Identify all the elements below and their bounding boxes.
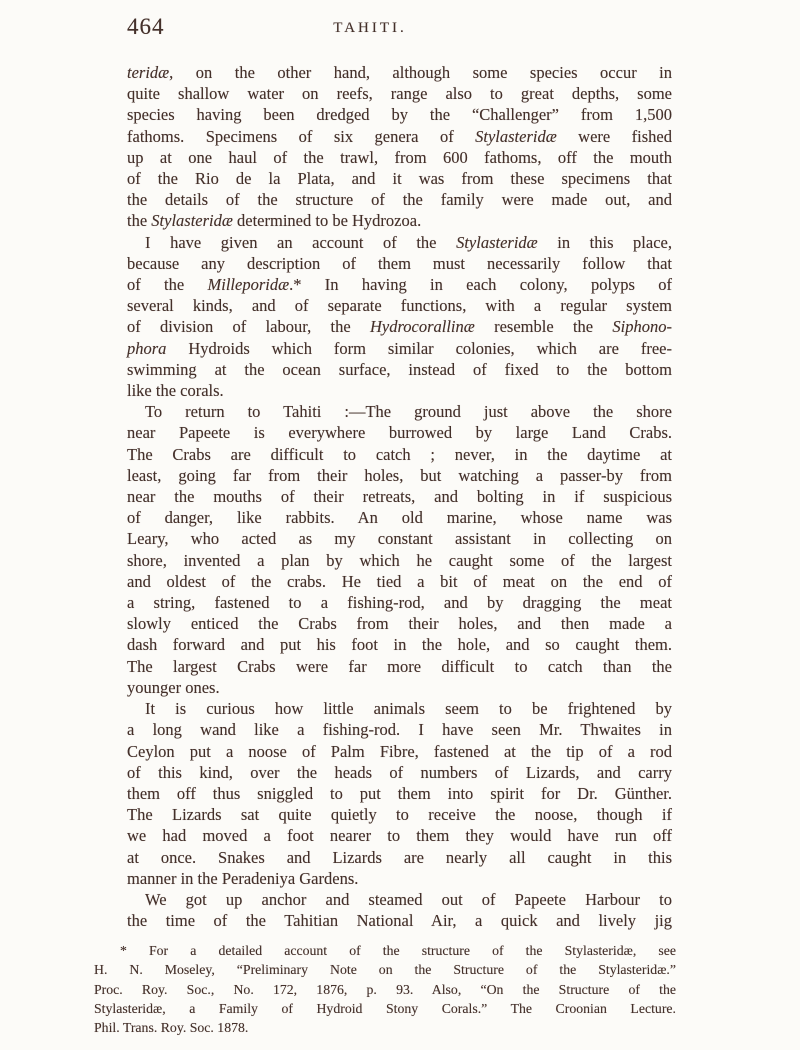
text-line: of this kind, over the heads of numbers … (127, 762, 672, 783)
body-text: teridæ, on the other hand, although some… (127, 62, 672, 931)
text-line: species having been dredged by the “Chal… (127, 104, 672, 125)
text-line: up at one haul of the trawl, from 600 fa… (127, 147, 672, 168)
text-line: and oldest of the crabs. He tied a bit o… (127, 571, 672, 592)
text-line: To return to Tahiti :—The ground just ab… (127, 401, 672, 422)
text-line: at once. Snakes and Lizards are nearly a… (127, 847, 672, 868)
text-line: near the mouths of their retreats, and b… (127, 486, 672, 507)
text-line: because any description of them must nec… (127, 253, 672, 274)
text-line: Leary, who acted as my constant assistan… (127, 528, 672, 549)
text-line: The largest Crabs were far more difficul… (127, 656, 672, 677)
text-line: several kinds, and of separate functions… (127, 295, 672, 316)
text-line: least, going far from their holes, but w… (127, 465, 672, 486)
text-line: I have given an account of the Stylaster… (127, 232, 672, 253)
paragraph: We got up anchor and steamed out of Pape… (127, 889, 672, 931)
text-line: a string, fastened to a fishing-rod, and… (127, 592, 672, 613)
text-line: of division of labour, the Hydrocorallin… (127, 316, 672, 337)
text-line: Proc. Roy. Soc., No. 172, 1876, p. 93. A… (94, 980, 676, 999)
text-line: the details of the structure of the fami… (127, 189, 672, 210)
text-line: We got up anchor and steamed out of Pape… (127, 889, 672, 910)
paragraph: It is curious how little animals seem to… (127, 698, 672, 889)
text-line: of danger, like rabbits. An old marine, … (127, 507, 672, 528)
text-line: It is curious how little animals seem to… (127, 698, 672, 719)
text-line: them off thus sniggled to put them into … (127, 783, 672, 804)
scanned-book-page: 464 TAHITI. teridæ, on the other hand, a… (0, 0, 800, 1050)
text-line: Stylasteridæ, a Family of Hydroid Stony … (94, 999, 676, 1018)
text-line: younger ones. (127, 677, 672, 698)
text-line: The Crabs are difficult to catch ; never… (127, 444, 672, 465)
text-line: manner in the Peradeniya Gardens. (127, 868, 672, 889)
text-line: like the corals. (127, 380, 672, 401)
text-line: the Stylasteridæ determined to be Hydroz… (127, 210, 672, 231)
text-line: near Papeete is everywhere burrowed by l… (127, 422, 672, 443)
text-line: a long wand like a fishing-rod. I have s… (127, 719, 672, 740)
text-line: Ceylon put a noose of Palm Fibre, fasten… (127, 741, 672, 762)
footnote: * For a detailed account of the structur… (94, 941, 676, 1037)
running-head: TAHITI. (0, 20, 740, 37)
text-line: the time of the Tahitian National Air, a… (127, 910, 672, 931)
text-line: quite shallow water on reefs, range also… (127, 83, 672, 104)
text-line: of the Rio de la Plata, and it was from … (127, 168, 672, 189)
text-line: we had moved a foot nearer to them they … (127, 825, 672, 846)
text-line: of the Milleporidæ.* In having in each c… (127, 274, 672, 295)
text-line: The Lizards sat quite quietly to receive… (127, 804, 672, 825)
text-line: fathoms. Specimens of six genera of Styl… (127, 126, 672, 147)
text-line: slowly enticed the Crabs from their hole… (127, 613, 672, 634)
text-line: Phil. Trans. Roy. Soc. 1878. (94, 1018, 676, 1037)
text-line: H. N. Moseley, “Preliminary Note on the … (94, 960, 676, 979)
text-line: shore, invented a plan by which he caugh… (127, 550, 672, 571)
text-line: dash forward and put his foot in the hol… (127, 634, 672, 655)
text-line: teridæ, on the other hand, although some… (127, 62, 672, 83)
text-line: swimming at the ocean surface, instead o… (127, 359, 672, 380)
paragraph: teridæ, on the other hand, although some… (127, 62, 672, 232)
paragraph: To return to Tahiti :—The ground just ab… (127, 401, 672, 698)
text-line: * For a detailed account of the structur… (94, 941, 676, 960)
text-line: phora Hydroids which form similar coloni… (127, 338, 672, 359)
paragraph: I have given an account of the Stylaster… (127, 232, 672, 402)
